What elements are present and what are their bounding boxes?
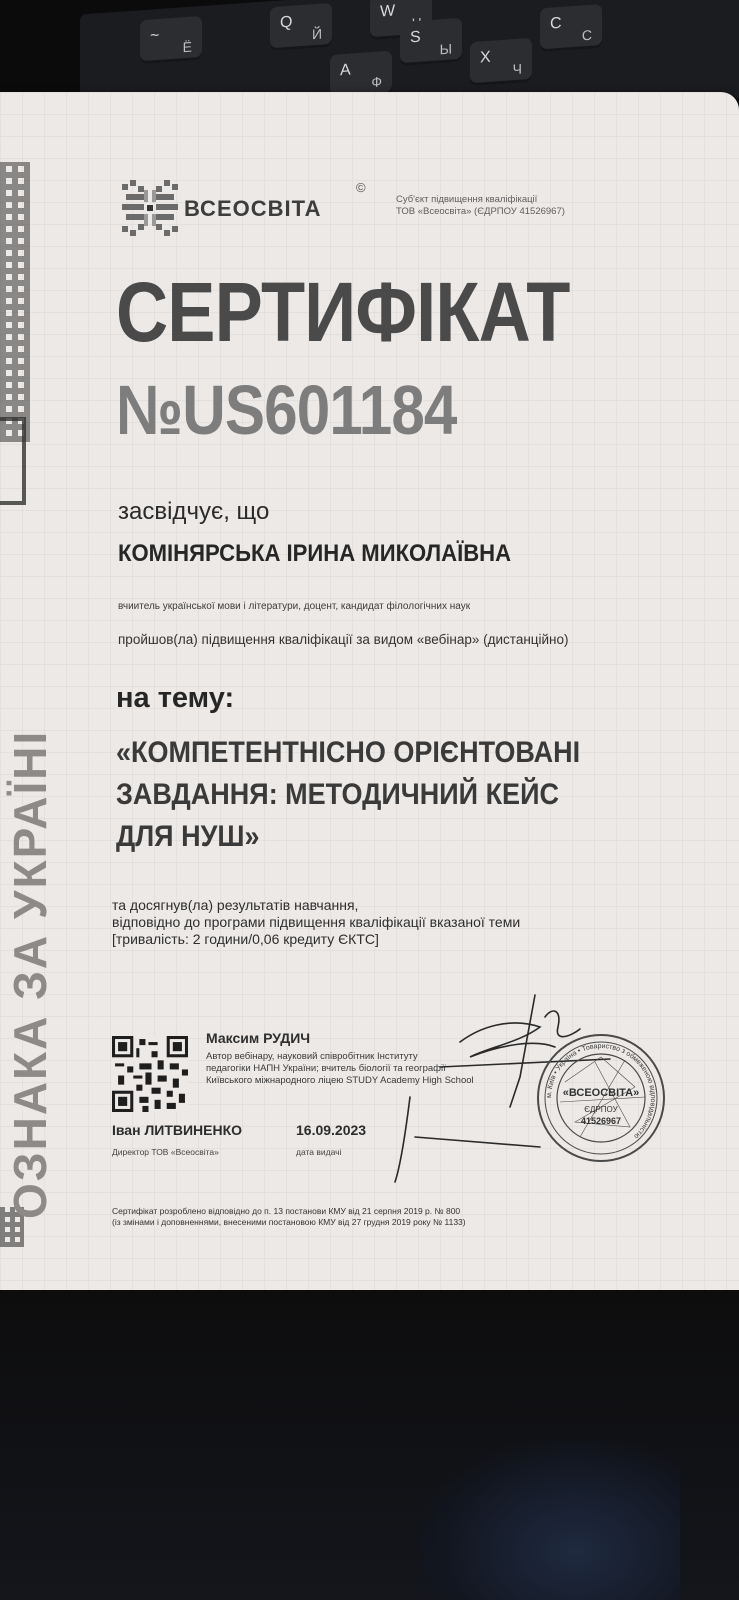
- seal-code: 41526967: [581, 1116, 621, 1126]
- author-name: Максим РУДИЧ: [206, 1030, 310, 1046]
- brand-name: ВСЕОСВІТА: [184, 196, 322, 222]
- results-line: відповідно до програми підвищення кваліф…: [112, 914, 520, 931]
- topic-label: на тему:: [116, 682, 234, 715]
- keyboard-key: QЙ: [270, 3, 332, 51]
- results-line: та досягнув(ла) результатів навчання,: [112, 897, 520, 914]
- seal-center-text: «ВСЕОСВІТА»: [563, 1087, 640, 1099]
- certificate-number: №US601184: [116, 370, 457, 450]
- subject-info: Суб'єкт підвищення кваліфікації ТОВ «Все…: [396, 194, 565, 218]
- certifies-text: засвідчує, що: [118, 498, 269, 526]
- certificate-paper: ОЗНАКА ЗА УКРАЇНІ ВСЕОСВІТА © Суб'єкт пі…: [0, 92, 739, 1302]
- issue-date: 16.09.2023: [296, 1122, 366, 1138]
- issue-date-label: дата видачі: [296, 1147, 341, 1157]
- recipient-position: вчиитель української мови і літератури, …: [118, 601, 470, 612]
- qr-code-icon[interactable]: [112, 1036, 188, 1112]
- subject-line: Суб'єкт підвищення кваліфікації: [396, 194, 565, 206]
- legal-line: (із змінами і доповненнями, внесеними по…: [112, 1217, 466, 1228]
- director-name: Іван ЛИТВИНЕНКО: [112, 1122, 242, 1138]
- topic-line: ДЛЯ НУШ»: [116, 816, 692, 858]
- registered-mark: ©: [356, 180, 366, 195]
- vseosvita-logo-icon: [118, 176, 182, 240]
- side-vertical-text: ОЗНАКА ЗА УКРАЇНІ: [3, 419, 57, 1219]
- certificate-title: СЕРТИФІКАТ: [116, 267, 570, 357]
- keyboard-key: XЧ: [470, 38, 532, 86]
- brand-header: ВСЕОСВІТА © Суб'єкт підвищення кваліфіка…: [118, 176, 698, 240]
- director-role: Директор ТОВ «Всеосвіта»: [112, 1147, 219, 1157]
- duration-line: [тривалість: 2 години/0,06 кредиту ЄКТС]: [112, 931, 520, 948]
- topic-title: «КОМПЕТЕНТНІСНО ОРІЄНТОВАНІ ЗАВДАННЯ: МЕ…: [116, 732, 692, 858]
- topic-line: «КОМПЕТЕНТНІСНО ОРІЄНТОВАНІ: [116, 732, 692, 774]
- keyboard-key: ~Ё: [140, 16, 202, 64]
- recipient-name: КОМІНЯРСЬКА ІРИНА МИКОЛАЇВНА: [118, 540, 511, 568]
- keyboard-key: CС: [540, 4, 602, 52]
- keyboard-key: SЫ: [400, 18, 462, 66]
- seal-code-label: ЄДРПОУ: [584, 1105, 618, 1114]
- legal-note: Сертифікат розроблено відповідно до п. 1…: [112, 1206, 466, 1228]
- company-seal-icon: м. Київ • Україна • Товариство з обмежен…: [535, 1032, 667, 1164]
- training-type: пройшов(ла) підвищення кваліфікації за в…: [118, 632, 569, 647]
- subject-line: ТОВ «Всеосвіта» (ЄДРПОУ 41526967): [396, 206, 565, 218]
- topic-line: ЗАВДАННЯ: МЕТОДИЧНИЙ КЕЙС: [116, 774, 692, 816]
- fabric-background: [420, 1440, 680, 1600]
- results-text: та досягнув(ла) результатів навчання, ві…: [112, 897, 520, 948]
- legal-line: Сертифікат розроблено відповідно до п. 1…: [112, 1206, 466, 1217]
- ornament-pattern-icon: [0, 162, 30, 442]
